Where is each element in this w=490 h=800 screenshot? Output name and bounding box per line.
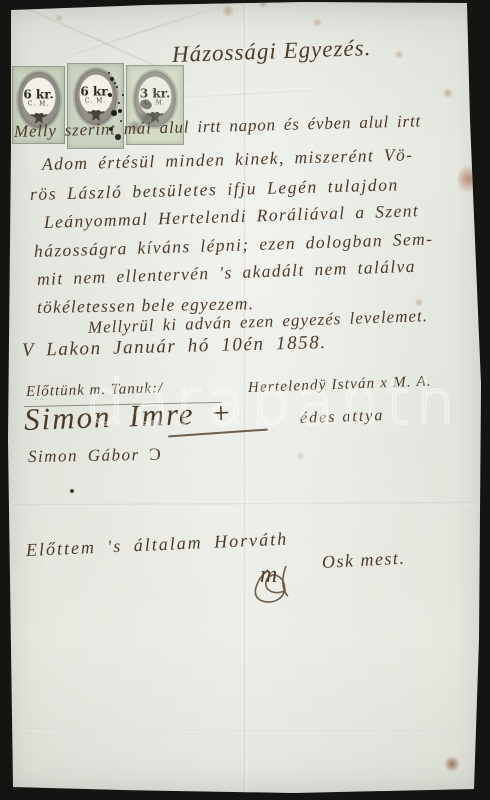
foxing-stain (312, 18, 323, 27)
witness-name: Simon Imre (23, 396, 195, 437)
monogram-letter: m (260, 562, 277, 589)
foxing-stain (220, 6, 236, 16)
officiant-title: Osk mest. (321, 548, 405, 573)
stamp-value: 6 kr. (23, 88, 53, 100)
foxing-stain (296, 452, 305, 460)
stamp-oval-ring: 6 kr. C. M. (18, 72, 60, 128)
bottom-crease (20, 728, 460, 733)
stamp-center: 6 kr. C. M. (79, 75, 112, 115)
foxing-stain (394, 50, 404, 59)
father-role: édes attya (300, 407, 385, 428)
foxing-stain (442, 88, 454, 98)
foxing-stain (458, 162, 480, 196)
notary-paraph: m (248, 556, 318, 611)
stamp-cancellation-marks (108, 72, 110, 74)
paraph-swirl-icon (248, 556, 318, 606)
stamp-oval-ring: 6 kr. C. M. (75, 69, 117, 125)
foxing-stain (258, 0, 268, 8)
stamp-center: 6 kr. C. M. (22, 78, 55, 118)
witness-signature-simon-imre: Simon Imre + (23, 395, 232, 438)
stamp-center: 3 kr. C. M. (139, 77, 172, 117)
witness-cross-mark: + (212, 395, 233, 431)
witness-name: Simon Gábor (28, 445, 140, 466)
foxing-stain (444, 756, 460, 772)
ink-dot (70, 489, 74, 493)
stamp-currency: C. M. (85, 97, 106, 104)
paraph-flourish: Ɔ (149, 445, 162, 464)
stamp-currency: C. M. (28, 100, 49, 107)
stamp-value: 6 kr. (80, 85, 110, 97)
horizontal-fold-crease (14, 502, 474, 507)
foxing-stain (54, 14, 64, 22)
witness-signature-simon-gabor: Simon Gábor Ɔ (28, 445, 163, 467)
photo-of-document: { "colors":{ "background":"#141413", "pa… (0, 0, 490, 800)
stamp-value: 3 kr. (140, 87, 170, 99)
